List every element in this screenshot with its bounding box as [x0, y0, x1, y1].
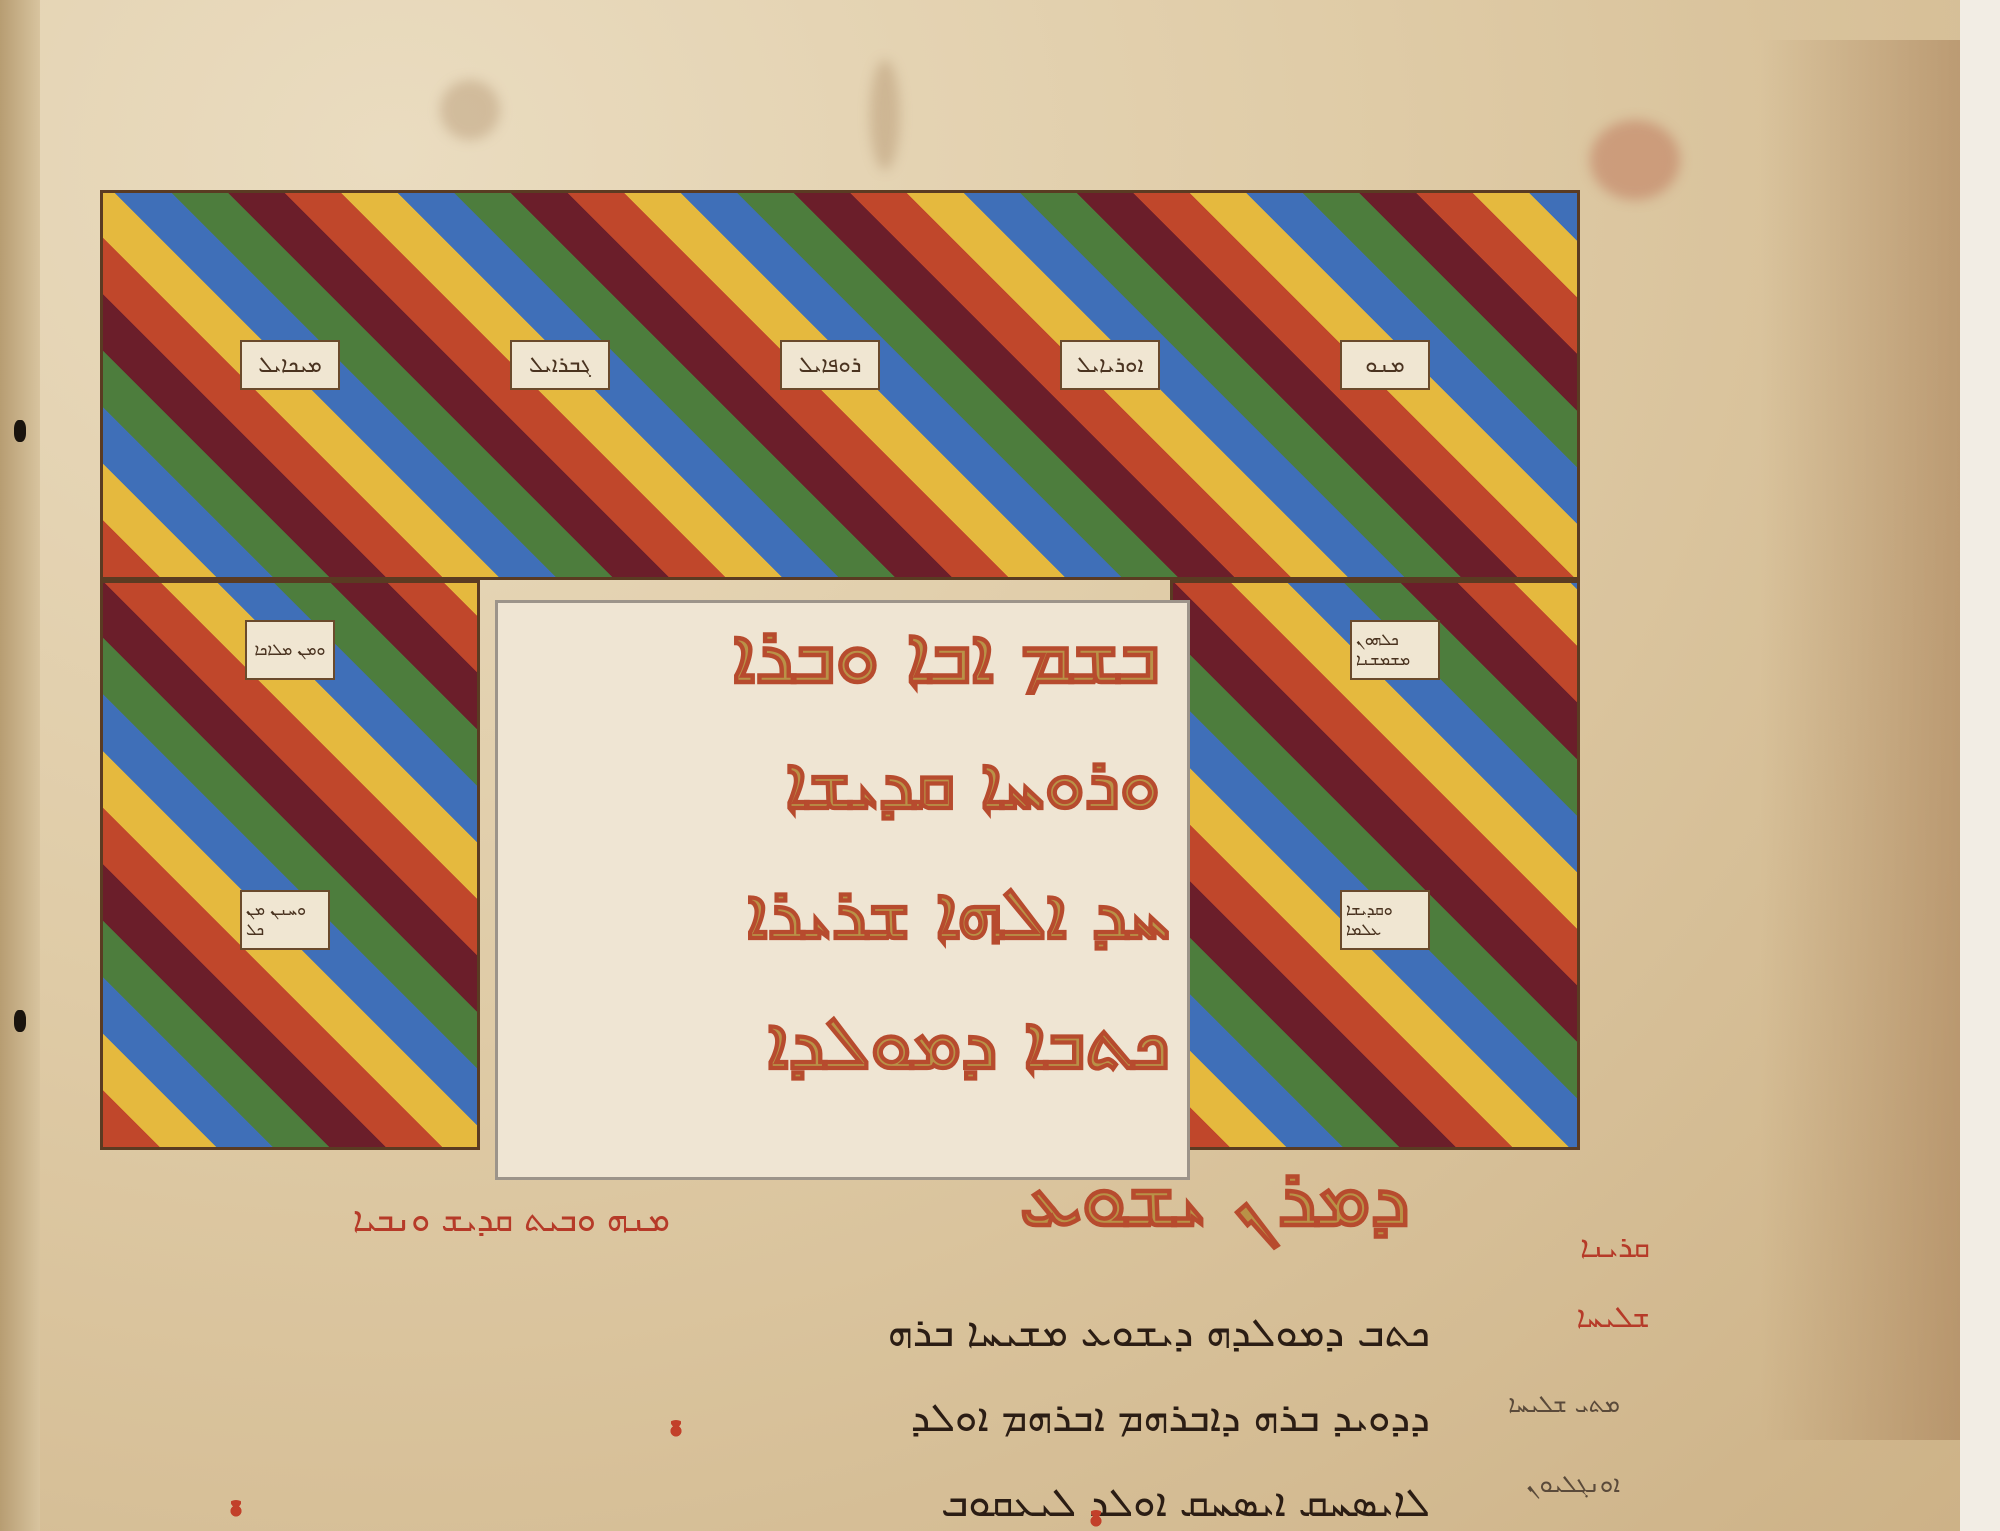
headpiece-label: ܘܡܢ ܡܠܐܟܐ [245, 620, 335, 680]
headpiece-label: ܓܒܪܐܝܠ [510, 340, 610, 390]
headpiece-label: ܡܢܘ [1340, 340, 1430, 390]
headpiece-label: ܟܠܗܘܢ ܡܫܡܫܢܐ [1350, 620, 1440, 680]
red-rosette [225, 1500, 247, 1522]
title-line: ܘܪܘܚܐ ܩܕܝܫܐ [785, 740, 1160, 827]
background-edge [1960, 0, 2000, 1531]
title-line: ܒܫܡ ܐܒܐ ܘܒܪܐ [733, 610, 1160, 702]
stain [440, 80, 500, 140]
body-text-line: ܠܐܝܣܚܩ ܐܝܣܚܩ ܐܘܠܕ ܠܝܥܩܘܒ [941, 1480, 1430, 1526]
stitch-hole [14, 420, 26, 442]
body-text-line: ܕܕܘܝܕ ܒܪܗ ܕܐܒܪܗܡ ܐܒܪܗܡ ܐܘܠܕ [911, 1395, 1430, 1441]
red-rosette [1085, 1510, 1107, 1531]
body-text-line: ܟܬܒ ܕܡܘܠܕܗ ܕܝܫܘܥ ܡܫܝܚܐ ܒܪܗ [888, 1310, 1430, 1356]
title-line: ܟܬܒܐ ܕܡܘܠܕܐ [768, 1000, 1170, 1087]
title-line: ܕܡܪܢ ܝܫܘܥ [1020, 1150, 1410, 1245]
rubric-margin: ܩܪܝܢܐ [1580, 1230, 1650, 1265]
rubric-margin: ܫܠܝܚܐ [1576, 1300, 1650, 1335]
rubric-text: ܡܢܗ ܘܒܝܬ ܩܕܝܫ ܘܢܒܝܐ [353, 1200, 670, 1240]
margin-note: ܐܘܢܓܠܝܘܢ [1526, 1470, 1620, 1498]
headpiece-label: ܘܚܢܢ ܡܢ ܟܠ [240, 890, 330, 950]
headpiece-label: ܐܘܪܝܐܝܠ [1060, 340, 1160, 390]
stain [1590, 120, 1680, 200]
headpiece-label: ܡܝܟܐܝܠ [240, 340, 340, 390]
stain [870, 60, 900, 170]
binding-gutter [0, 0, 40, 1531]
title-line: ܚܕ ܐܠܗܐ ܫܪܝܪܐ [747, 870, 1170, 957]
headpiece-label: ܘܩܕܝܫܐ ܥܠܡܐ [1340, 890, 1430, 950]
red-rosette [665, 1420, 687, 1442]
worn-edge [1760, 40, 1960, 1440]
headpiece-label: ܪܘܦܐܝܠ [780, 340, 880, 390]
stitch-hole [14, 1010, 26, 1032]
margin-note: ܡܬܝ ܫܠܝܚܐ [1508, 1390, 1620, 1418]
